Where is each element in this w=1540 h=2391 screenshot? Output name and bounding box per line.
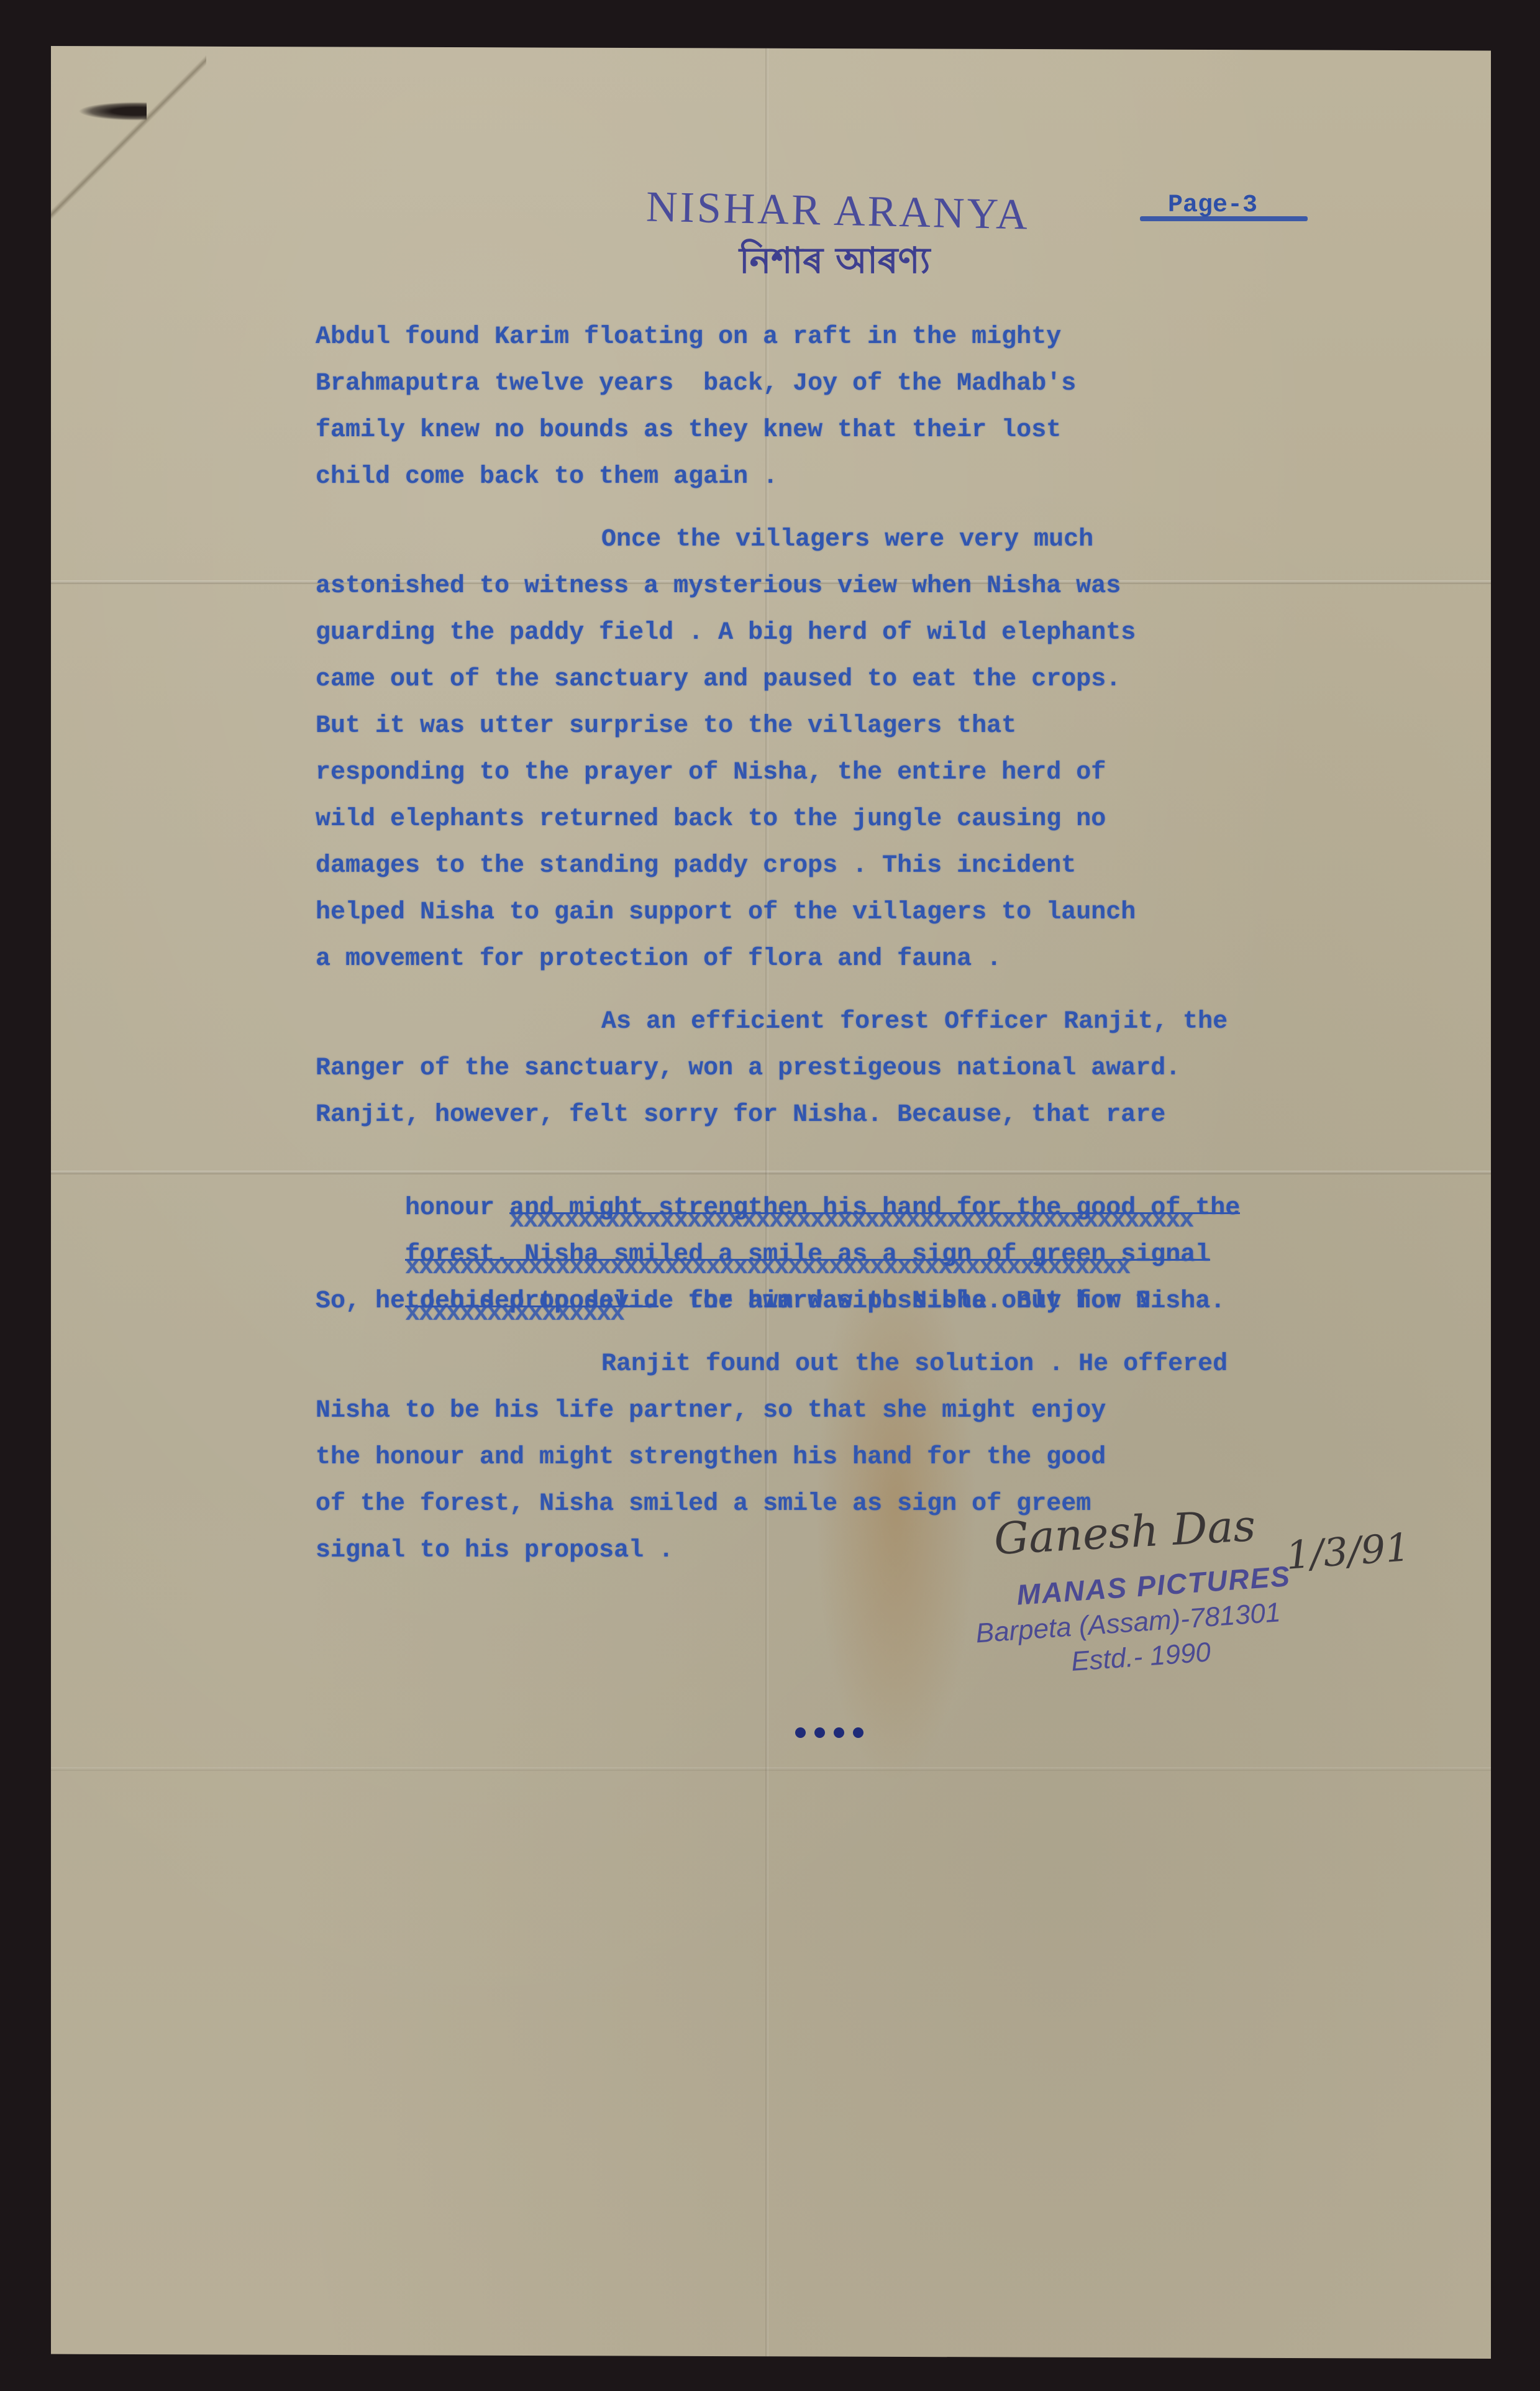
- text-line: child come back to them again .: [316, 454, 1372, 500]
- text-line: Ranjit found out the solution . He offer…: [316, 1341, 1372, 1388]
- text-line: Brahmaputra twelve years back, Joy of th…: [316, 360, 1372, 407]
- text-line: Ranjit, however, felt sorry for Nisha. B…: [316, 1092, 1372, 1138]
- end-dot: [834, 1727, 844, 1738]
- x-overtype: xxxxxxxxxxxxxxxx: [405, 1291, 624, 1337]
- fold-crease: [51, 1767, 1491, 1771]
- paragraph-2: Once the villagers were very much astoni…: [316, 516, 1372, 982]
- text-line: Ranger of the sanctuary, won a prestigeo…: [316, 1045, 1372, 1092]
- text-line: came out of the sanctuary and paused to …: [316, 656, 1372, 703]
- typed-body: Abdul found Karim floating on a raft in …: [316, 314, 1372, 1574]
- text-line: a movement for protection of flora and f…: [316, 936, 1372, 982]
- end-mark: [795, 1727, 863, 1738]
- text-line: guarding the paddy field . A big herd of…: [316, 610, 1372, 656]
- corner-fold: [51, 46, 206, 232]
- text-line: wild elephants returned back to the jung…: [316, 796, 1372, 843]
- text-line: family knew no bounds as they knew that …: [316, 407, 1372, 454]
- struck-line: honour and might strengthen his hand for…: [316, 1138, 1372, 1185]
- text-line: But it was utter surprise to the village…: [316, 703, 1372, 749]
- document-title-bengali: নিশাৰ আৰণ্য: [739, 233, 930, 293]
- text-line: helped Nisha to gain support of the vill…: [316, 889, 1372, 936]
- text-line: Abdul found Karim floating on a raft in …: [316, 314, 1372, 360]
- text-line: the honour and might strengthen his hand…: [316, 1434, 1372, 1481]
- struck-text: to his proposal .xxxxxxxxxxxxxxxx: [405, 1278, 658, 1325]
- paragraph-3: As an efficient forest Officer Ranjit, t…: [316, 999, 1372, 1325]
- text-fragment: honour: [405, 1194, 509, 1222]
- paragraph-1: Abdul found Karim floating on a raft in …: [316, 314, 1372, 500]
- page-number: Page-3: [1168, 191, 1257, 219]
- end-dot: [853, 1727, 863, 1738]
- paper-tear: [78, 102, 147, 121]
- document-title: NISHAR ARANYA: [645, 183, 1030, 240]
- text-line: damages to the standing paddy crops . Th…: [316, 843, 1372, 889]
- page-number-underline: [1140, 216, 1308, 221]
- text-line: Nisha to be his life partner, so that sh…: [316, 1388, 1372, 1434]
- end-dot: [795, 1727, 806, 1738]
- struck-text: and might strengthen his hand for the go…: [509, 1185, 1240, 1232]
- text-line: As an efficient forest Officer Ranjit, t…: [316, 999, 1372, 1045]
- end-dot: [814, 1727, 825, 1738]
- text-line: astonished to witness a mysterious view …: [316, 563, 1372, 610]
- struck-text: forest. Nisha smiled a smile as a sign o…: [405, 1232, 1210, 1278]
- text-line: responding to the prayer of Nisha, the e…: [316, 749, 1372, 796]
- text-line: Once the villagers were very much: [316, 516, 1372, 563]
